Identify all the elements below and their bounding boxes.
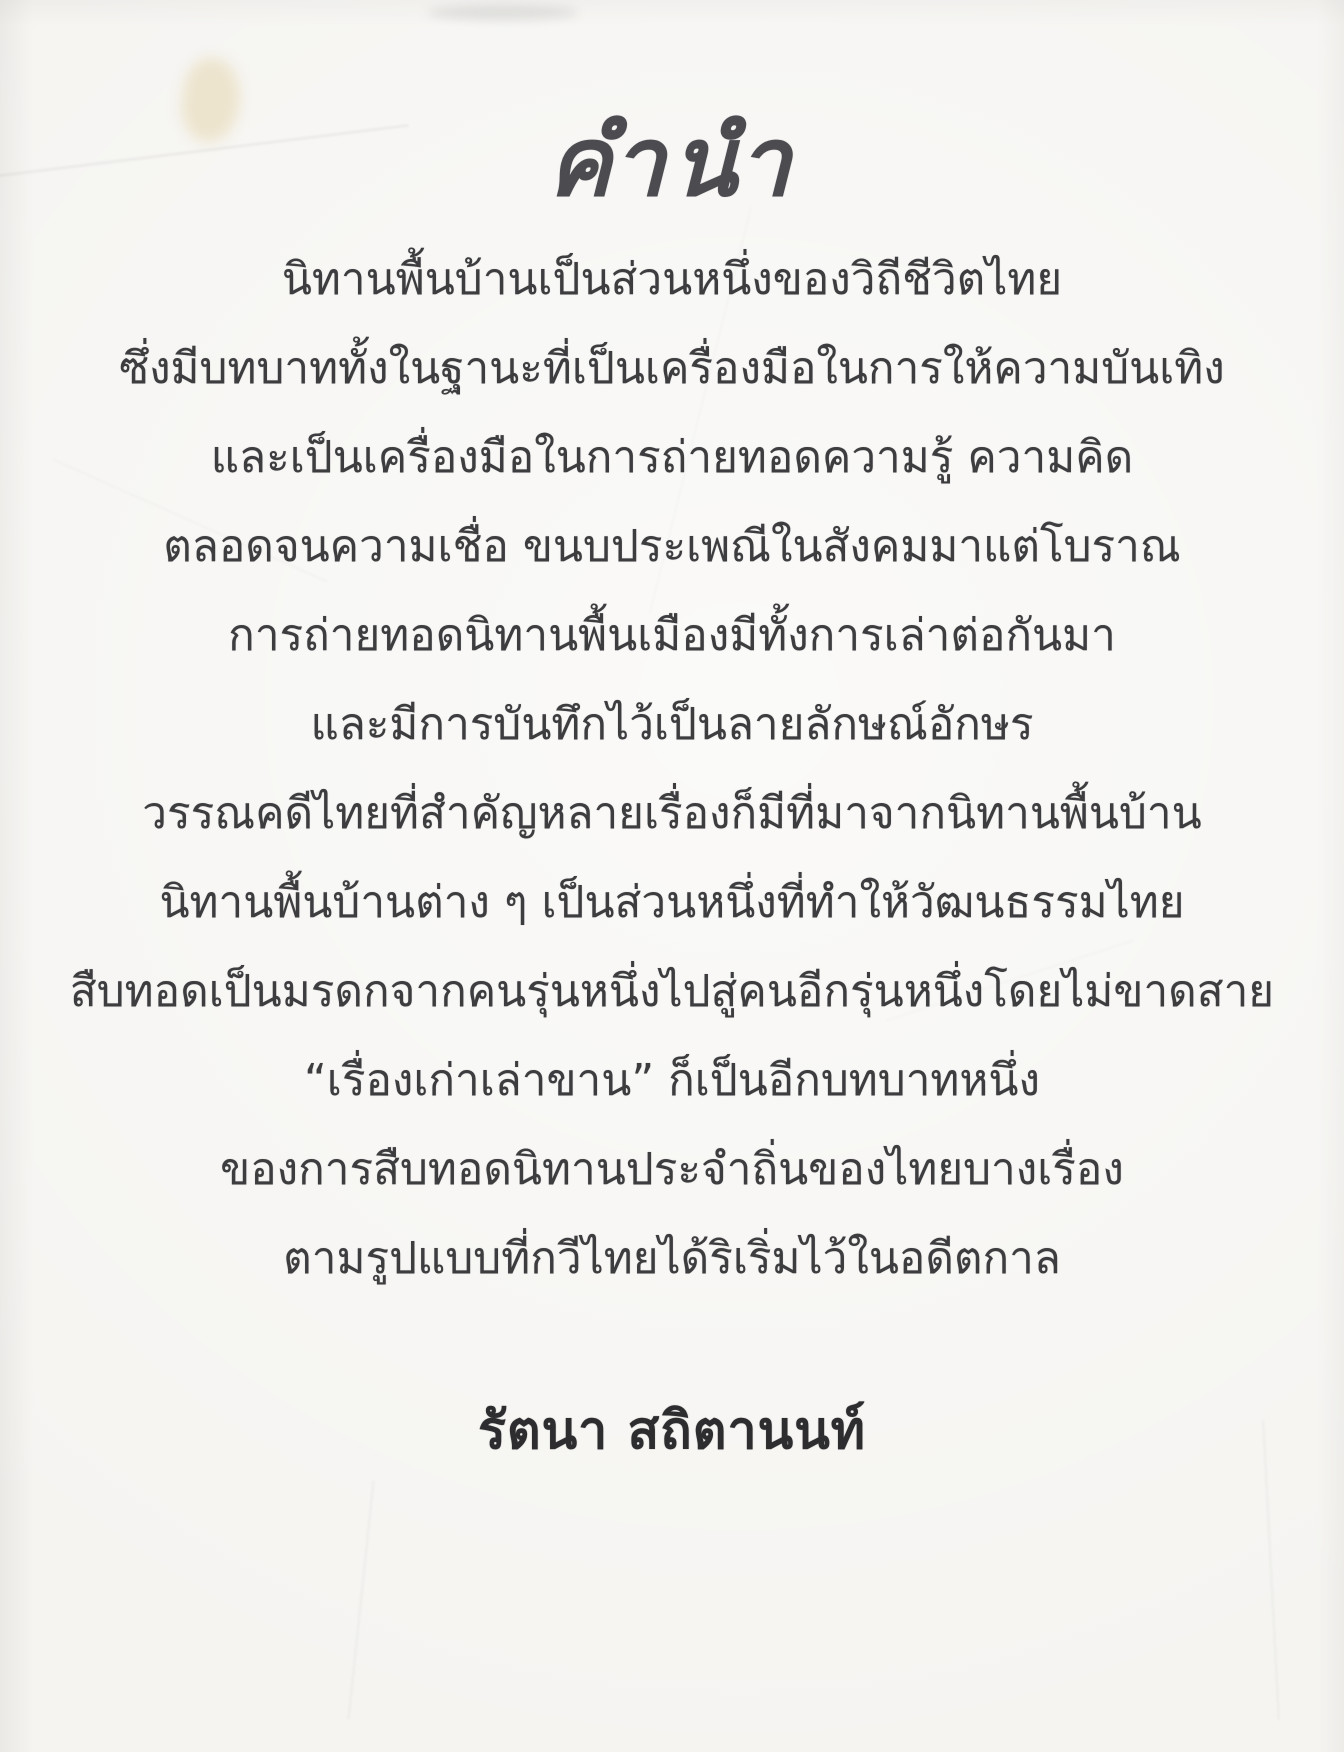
preface-line: ซึ่งมีบทบาททั้งในฐานะที่เป็นเครื่องมือใน… — [30, 321, 1314, 410]
preface-line: นิทานพื้นบ้านต่าง ๆ เป็นส่วนหนึ่งที่ทำให… — [30, 855, 1314, 944]
preface-line: และเป็นเครื่องมือในการถ่ายทอดความรู้ ควา… — [30, 410, 1314, 499]
preface-line: ตามรูปแบบที่กวีไทยได้ริเริ่มไว้ในอดีตกาล — [30, 1211, 1314, 1300]
paper-crease — [347, 1481, 374, 1720]
scan-smudge-top — [428, 5, 578, 20]
preface-body: นิทานพื้นบ้านเป็นส่วนหนึ่งของวิถีชีวิตไท… — [30, 232, 1314, 1300]
preface-line: วรรณคดีไทยที่สำคัญหลายเรื่องก็มีที่มาจาก… — [30, 766, 1314, 855]
author-name: รัตนา สถิตานนท์ — [0, 1388, 1344, 1471]
preface-line: และมีการบันทึกไว้เป็นลายลักษณ์อักษร — [30, 677, 1314, 766]
preface-line: นิทานพื้นบ้านเป็นส่วนหนึ่งของวิถีชีวิตไท… — [30, 232, 1314, 321]
preface-line: “เรื่องเก่าเล่าขาน” ก็เป็นอีกบทบาทหนึ่ง — [30, 1033, 1314, 1122]
preface-line: การถ่ายทอดนิทานพื้นเมืองมีทั้งการเล่าต่อ… — [30, 588, 1314, 677]
page-title: คำนำ — [0, 102, 1344, 222]
scanned-book-page: คำนำ นิทานพื้นบ้านเป็นส่วนหนึ่งของวิถีชี… — [0, 0, 1344, 1752]
preface-line: ของการสืบทอดนิทานประจำถิ่นของไทยบางเรื่อ… — [30, 1122, 1314, 1211]
preface-line: ตลอดจนความเชื่อ ขนบประเพณีในสังคมมาแต่โบ… — [30, 499, 1314, 588]
preface-line: สืบทอดเป็นมรดกจากคนรุ่นหนึ่งไปสู่คนอีกรุ… — [30, 944, 1314, 1033]
